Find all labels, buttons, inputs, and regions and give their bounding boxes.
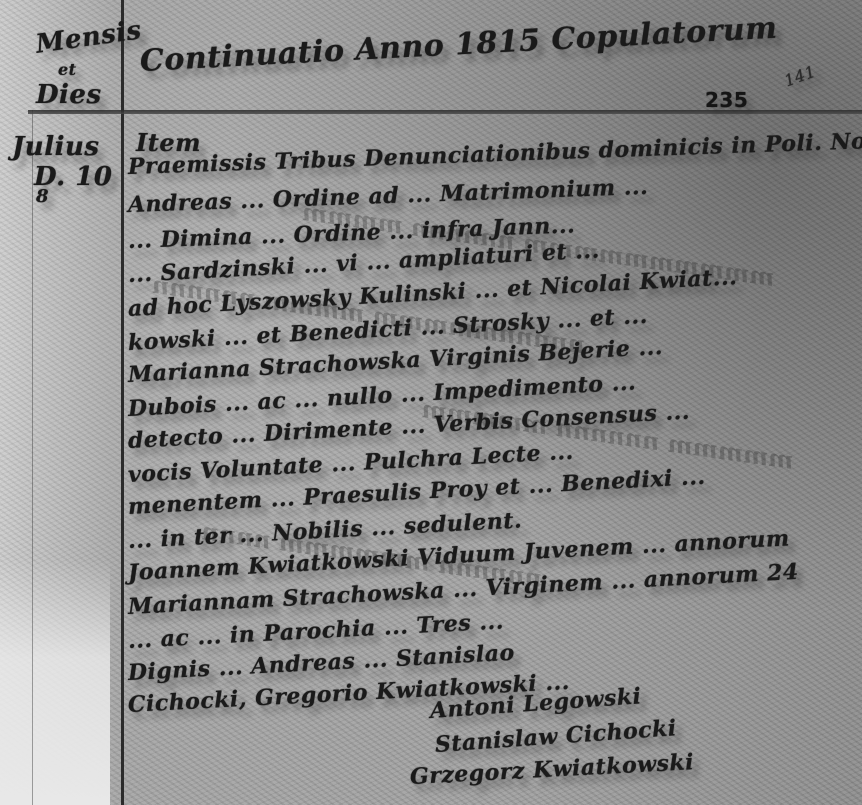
margin-header-et: et — [58, 60, 77, 79]
page-title: Continuatio Anno 1815 Copulatorum — [139, 11, 778, 79]
entry-line: Praemissis Tribus Denunciationibus domin… — [128, 124, 862, 180]
margin-rule-vertical — [121, 0, 124, 805]
margin-header-month: Mensis — [34, 15, 144, 60]
folio-mark: 141 — [782, 62, 819, 91]
faint-margin-line — [32, 110, 33, 805]
entry-month: Julius — [12, 132, 100, 162]
entry-number: 8 — [36, 186, 49, 207]
page-edge-highlight — [0, 560, 110, 805]
margin-header-day: Dies — [36, 80, 102, 110]
page-number: 235 — [705, 88, 748, 112]
register-page: mmmmmmmmmm nnnnnn mmmm nnnnnmmmmm mmmm n… — [0, 0, 862, 805]
